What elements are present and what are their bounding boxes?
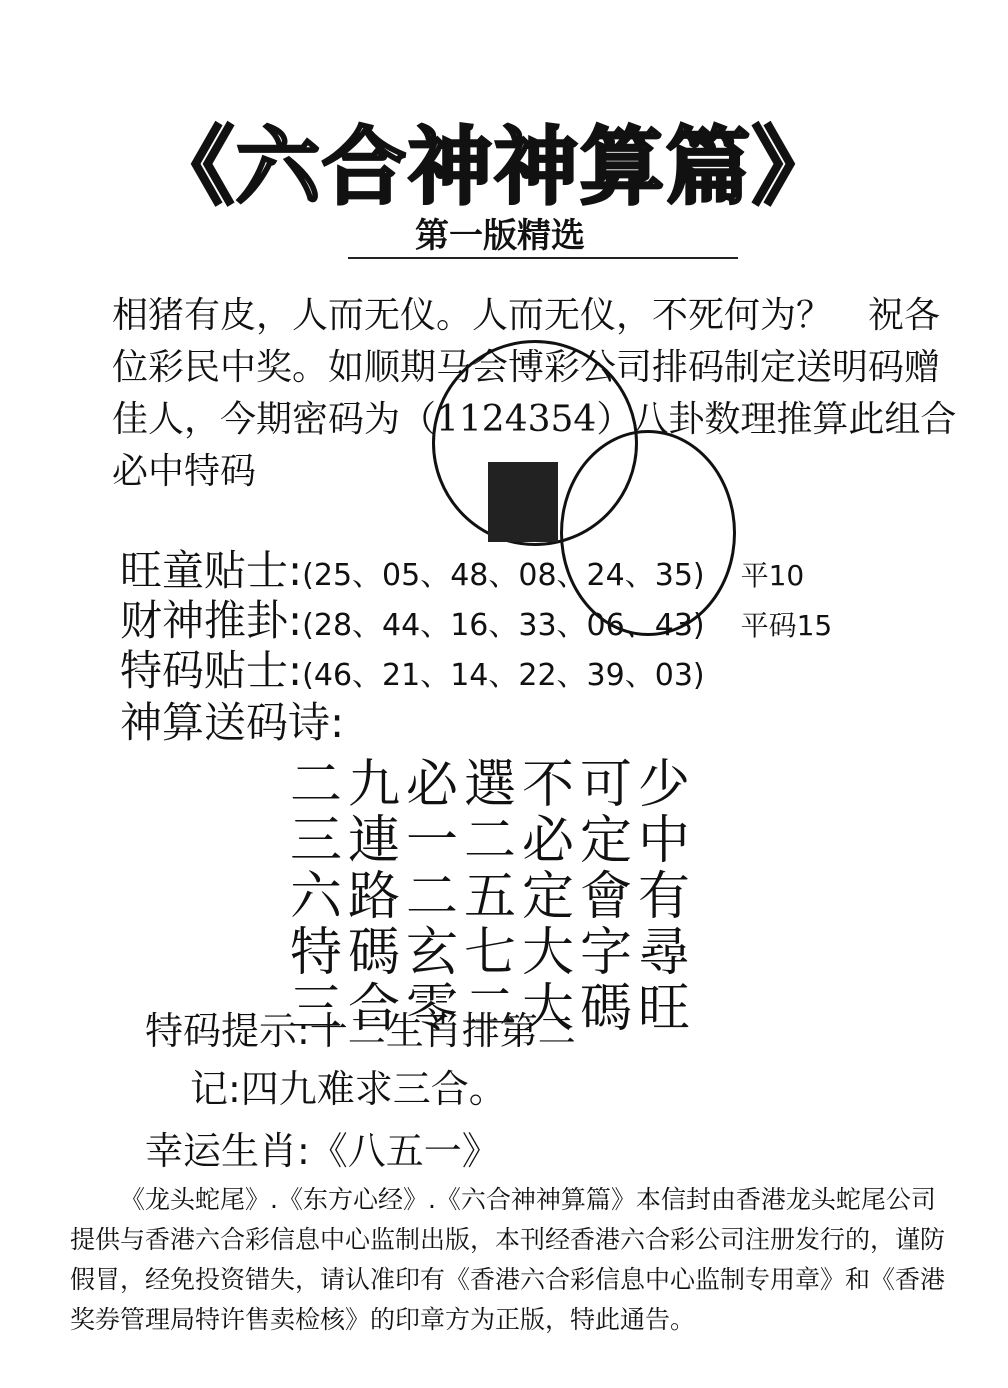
note-hint: 记:四九难求三合。	[190, 1058, 507, 1113]
tip-extra: 平码15	[741, 609, 833, 642]
special-hint: 特码提示:十二生肖排第二	[145, 1000, 576, 1055]
footer-notice: 《龙头蛇尾》.《东方心经》.《六合神神算篇》本信封由香港龙头蛇尾公司提供与香港六…	[70, 1180, 950, 1340]
divider	[348, 257, 738, 259]
tip-label: 特码贴士:	[120, 646, 302, 695]
page-title: 《六合神神算篇》	[150, 100, 838, 221]
edition-subtitle: 第一版精选	[415, 208, 585, 257]
tip-numbers: (46、21、14、22、39、03)	[302, 658, 704, 693]
poem-title: 神算送码诗:	[120, 690, 344, 750]
lucky-zodiac: 幸运生肖:《八五一》	[145, 1120, 500, 1175]
stamp-blot	[488, 462, 558, 542]
tip-row: 特码贴士:(46、21、14、22、39、03)	[120, 638, 705, 698]
